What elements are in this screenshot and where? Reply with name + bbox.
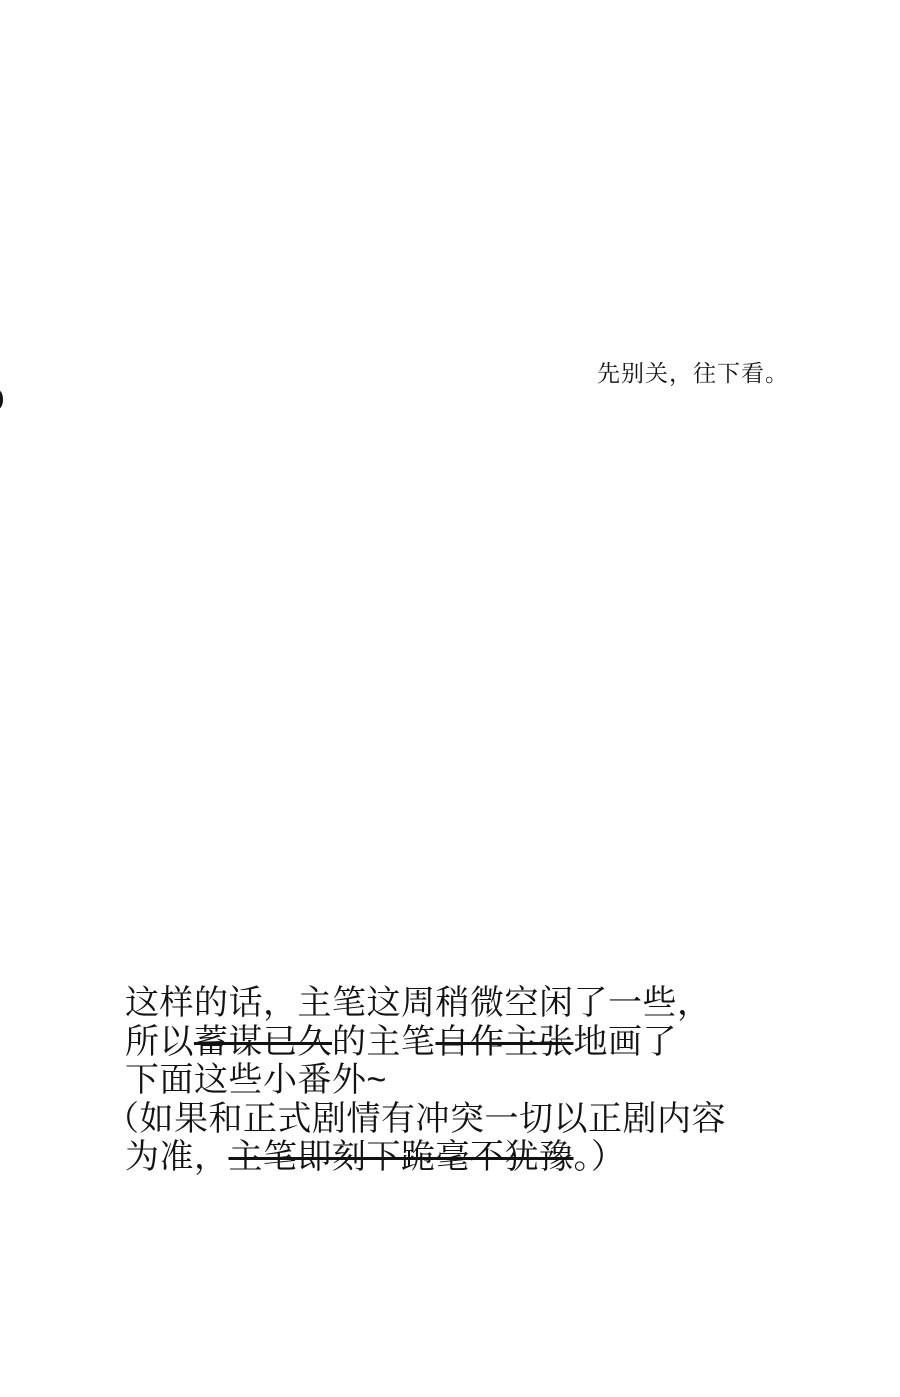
webtoon-author-note-page: 先别关，往下看。 这样的话，主笔这周稍微空闲了一些， 所以蓄谋已久的主笔自作主张… xyxy=(0,0,900,1397)
note-text: 为准， xyxy=(125,1138,229,1176)
author-note-line-2: 所以蓄谋已久的主笔自作主张地画了 xyxy=(125,1023,726,1062)
author-note-line-3: 下面这些小番外~ xyxy=(125,1061,726,1100)
author-note-line-1: 这样的话，主笔这周稍微空闲了一些， xyxy=(125,984,726,1023)
scroll-hint-text: 先别关，往下看。 xyxy=(597,355,789,388)
note-text: 的主笔 xyxy=(332,1023,436,1061)
author-note-block: 这样的话，主笔这周稍微空闲了一些， 所以蓄谋已久的主笔自作主张地画了 下面这些小… xyxy=(125,984,726,1177)
note-text: 所以 xyxy=(125,1023,194,1061)
note-text: 地画了 xyxy=(574,1023,678,1061)
note-text: 。） xyxy=(574,1138,626,1176)
struck-text: 蓄谋已久 xyxy=(194,1023,332,1061)
struck-text: 主笔即刻下跪毫不犹豫 xyxy=(229,1138,574,1176)
clipped-artwork-fragment xyxy=(0,390,3,409)
author-note-line-4: （如果和正式剧情有冲突一切以正剧内容 xyxy=(125,1100,726,1139)
struck-text: 自作主张 xyxy=(436,1023,574,1061)
author-note-line-5: 为准，主笔即刻下跪毫不犹豫。） xyxy=(125,1138,726,1177)
